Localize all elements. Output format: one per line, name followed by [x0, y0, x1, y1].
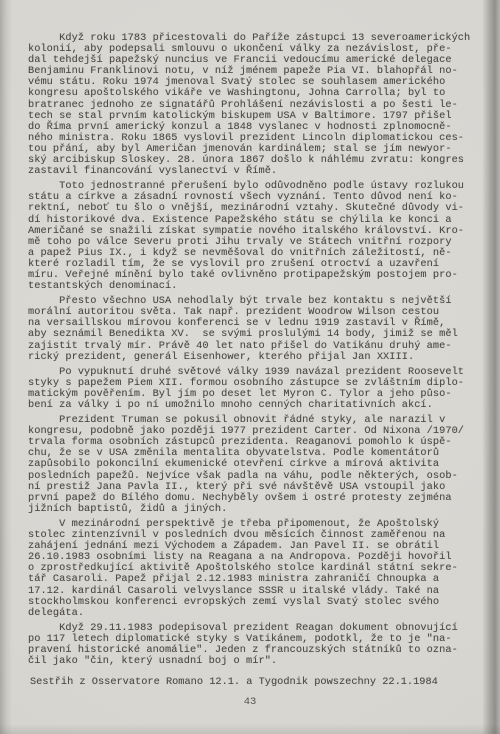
page-number: 43 [0, 696, 500, 708]
paragraph: V mezinárodní perspektivě je třeba připo… [28, 519, 480, 619]
paragraph: Když 29.11.1983 podepisoval prezident Re… [28, 623, 480, 667]
paragraph: Po vypuknutí druhé světové války 1939 na… [28, 367, 480, 411]
paragraph: Prezident Truman se pokusil obnovit řádn… [28, 415, 480, 515]
bottom-edge-shadow [0, 724, 500, 734]
paragraph: Když roku 1783 přicestovali do Paříže zá… [28, 33, 480, 177]
right-edge-shadow [482, 0, 500, 734]
scanned-page: Když roku 1783 přicestovali do Paříže zá… [0, 0, 500, 734]
paragraph: Přesto všechno USA nehodlaly být trvale … [28, 296, 480, 363]
page-text: Když roku 1783 přicestovali do Paříže zá… [28, 33, 480, 671]
paragraph: Toto jednostranné přerušení bylo odůvodn… [28, 181, 480, 292]
left-edge-shadow [0, 0, 12, 734]
source-citation: Sestřih z Osservatore Romano 12.1. a Tyg… [30, 677, 438, 688]
